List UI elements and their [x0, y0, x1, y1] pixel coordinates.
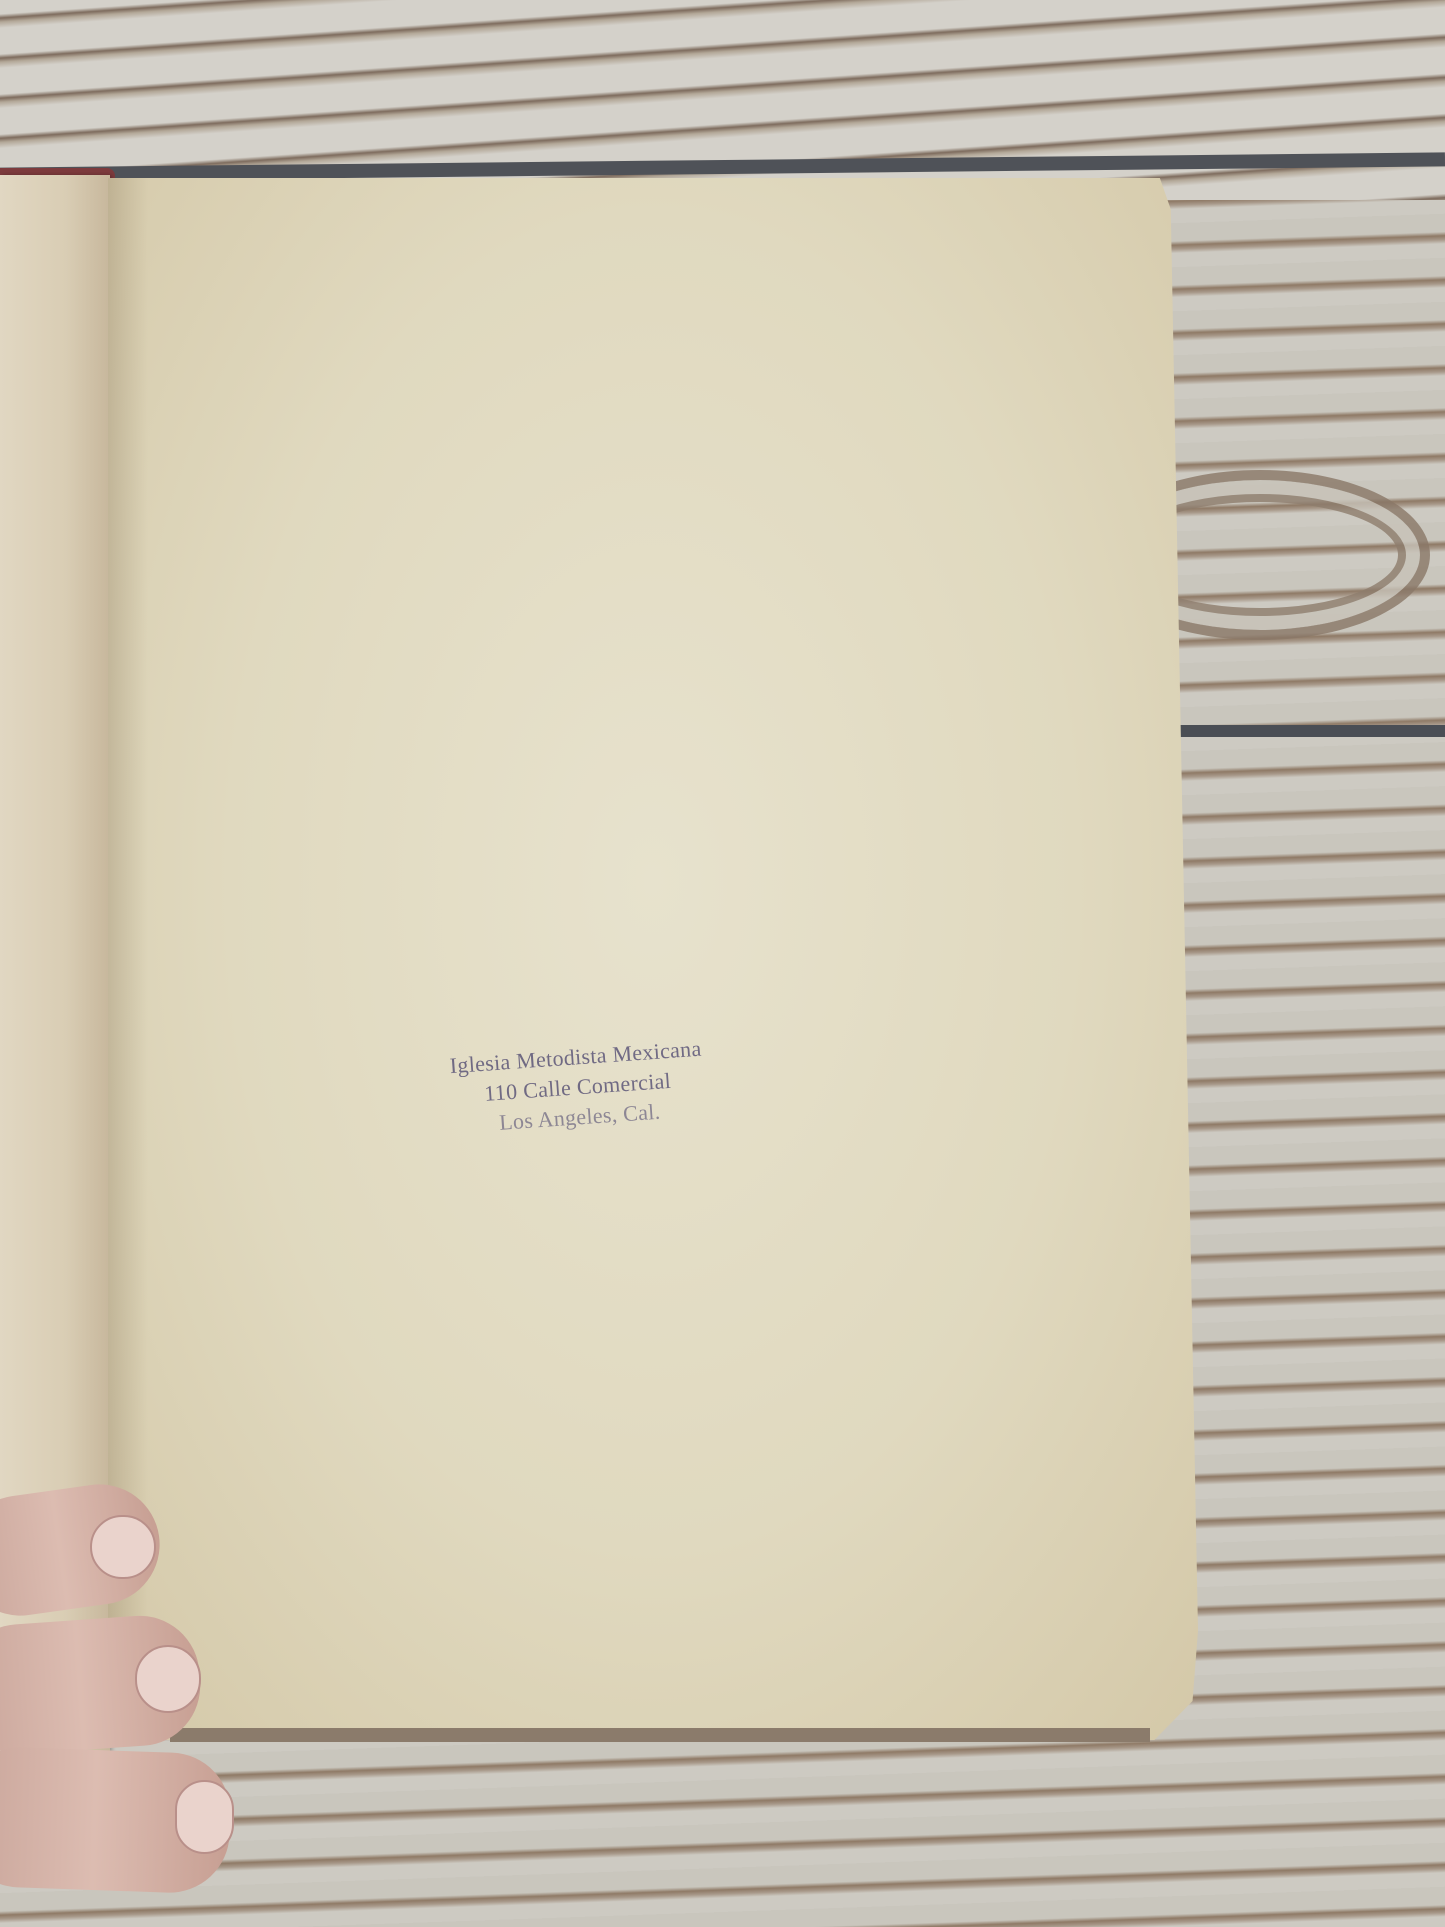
fingernail [135, 1645, 201, 1713]
hand [0, 1450, 240, 1927]
fingernail [175, 1780, 234, 1854]
page-bottom-edge [170, 1728, 1150, 1742]
fingernail [90, 1515, 156, 1579]
book-endpaper [108, 178, 1198, 1740]
